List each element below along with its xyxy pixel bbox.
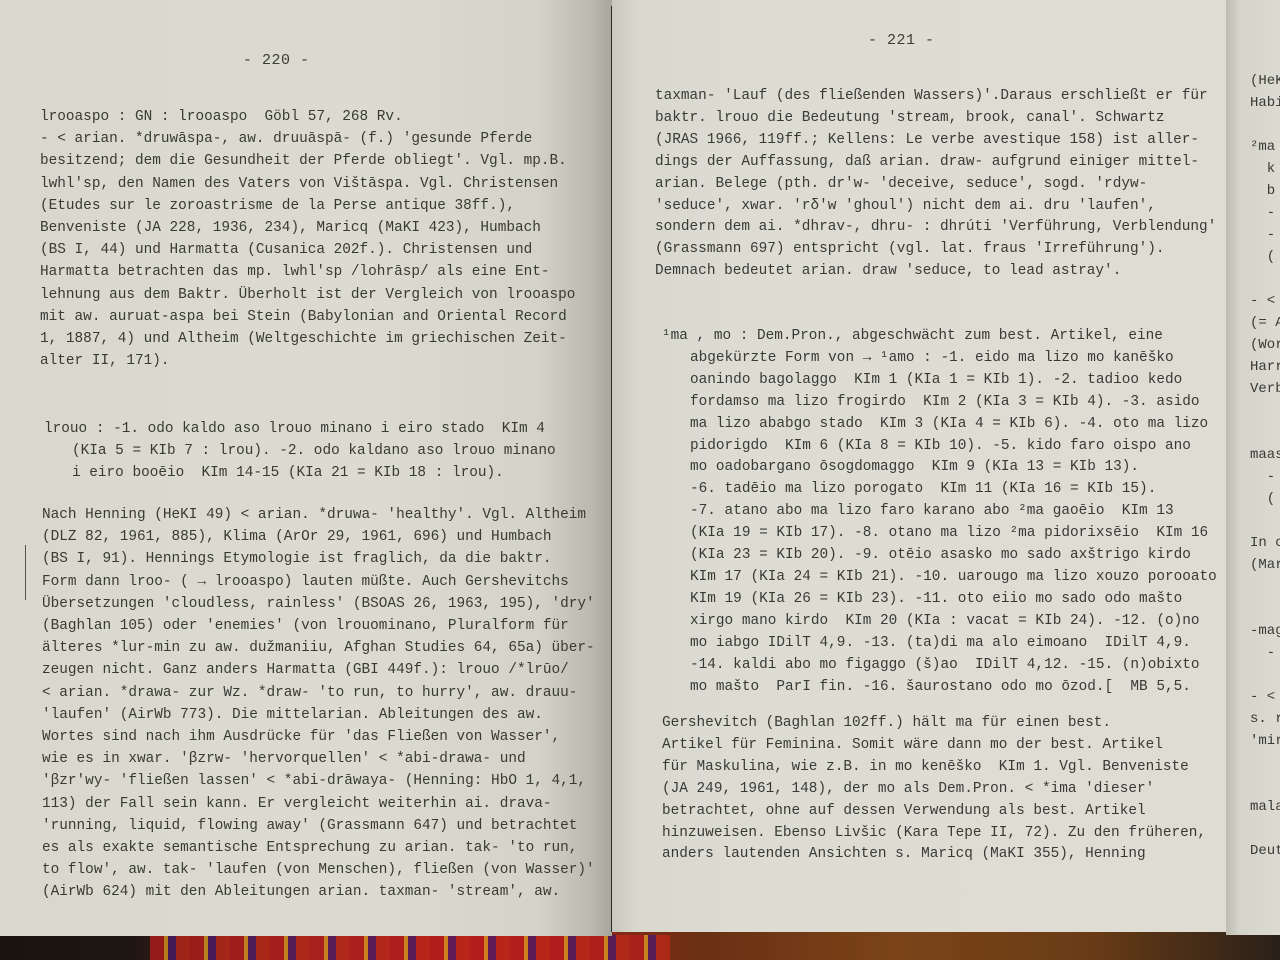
entry-lrooaspo: lrooaspo : GN : lrooaspo Göbl 57, 268 Rv… [40, 106, 575, 372]
text-line: KIm 17 (KIa 24 = KIb 21). -10. uarougo m… [662, 567, 1217, 589]
text-line: 'running, liquid, flowing away' (Grassma… [42, 815, 595, 837]
text-line: pidorigdo KIm 6 (KIa 8 = KIb 10). -5. ki… [662, 436, 1217, 458]
text-line: baktr. lrouo die Bedeutung 'stream, broo… [655, 108, 1216, 130]
entry-ma-mo-commentary: Gershevitch (Baghlan 102ff.) hält ma für… [662, 713, 1206, 866]
text-line: betrachtet, ohne auf dessen Verwendung a… [662, 801, 1206, 823]
text-line: alter II, 171). [40, 350, 575, 372]
text-line: 'seduce', xwar. 'rδ'w 'ghoul') nicht dem… [655, 196, 1216, 218]
page-number-left: - 220 - [243, 52, 310, 69]
text-line: -14. kaldi abo mo figaggo (š)ao IDilT 4,… [662, 655, 1217, 677]
text-line: 1, 1887, 4) und Altheim (Weltgeschichte … [40, 328, 575, 350]
text-line: hinzuweisen. Ebenso Livšic (Kara Tepe II… [662, 823, 1206, 845]
text-line: wie es in xwar. 'βzrw- 'hervorquellen' <… [42, 748, 595, 770]
text-line: 'βzr'wy- 'fließen lassen' < *abi-drāwaya… [42, 770, 595, 792]
text-line: arian. Belege (pth. dr'w- 'deceive, sedu… [655, 174, 1216, 196]
text-line: 'laufen' (AirWb 773). Die mittelarian. A… [42, 704, 595, 726]
text-line: (Etudes sur le zoroastrisme de la Perse … [40, 195, 575, 217]
text-line: lrouo : -1. odo kaldo aso lrouo minano i… [44, 418, 556, 440]
text-line: für Maskulina, wie z.B. in mo kenēško KI… [662, 757, 1206, 779]
text-line: mit aw. auruat-aspa bei Stein (Babylonia… [40, 306, 575, 328]
text-line: es als exakte semantische Entsprechung z… [42, 837, 595, 859]
text-line: (BS I, 44) und Harmatta (Cusanica 202f.)… [40, 239, 575, 261]
text-line: besitzend; dem die Gesundheit der Pferde… [40, 150, 575, 172]
margin-annotation-mark [25, 545, 26, 600]
text-line: sondern dem ai. *dhrav-, dhru- : dhrúti … [655, 217, 1216, 239]
text-line: 113) der Fall sein kann. Er vergleicht w… [42, 793, 595, 815]
text-line: (JA 249, 1961, 148), der mo als Dem.Pron… [662, 779, 1206, 801]
text-line: Artikel für Feminina. Somit wäre dann mo… [662, 735, 1206, 757]
textile-background [150, 935, 670, 960]
entry-ma-mo: ¹ma , mo : Dem.Pron., abgeschwächt zum b… [662, 326, 1217, 698]
text-line: lrooaspo : GN : lrooaspo Göbl 57, 268 Rv… [40, 106, 575, 128]
text-line: ma lizo ababgo stado KIm 3 (KIa 4 = KIb … [662, 414, 1217, 436]
text-line: lehnung aus dem Baktr. Überholt ist der … [40, 284, 575, 306]
text-line: (KIa 5 = KIb 7 : lrou). -2. odo kaldano … [44, 440, 556, 462]
text-line: < arian. *drawa- zur Wz. *draw- 'to run,… [42, 682, 595, 704]
text-line: taxman- 'Lauf (des fließenden Wassers)'.… [655, 86, 1216, 108]
entry-taxman-continuation: taxman- 'Lauf (des fließenden Wassers)'.… [655, 86, 1216, 283]
next-page-fragment-text: (HeK Habi ²ma k b - - ( - < (= A (Wor Ha… [1250, 70, 1280, 862]
text-line: (Grassmann 697) entspricht (vgl. lat. fr… [655, 239, 1216, 261]
text-line: älteres *lur-min zu aw. dužmaniiu, Afgha… [42, 637, 595, 659]
text-line: abgekürzte Form von → ¹amo : -1. eido ma… [662, 348, 1217, 370]
text-line: anders lautenden Ansichten s. Maricq (Ma… [662, 844, 1206, 866]
text-line: to flow', aw. tak- 'laufen (von Menschen… [42, 859, 595, 881]
text-line: (JRAS 1966, 119ff.; Kellens: Le verbe av… [655, 130, 1216, 152]
left-page: - 220 - lrooaspo : GN : lrooaspo Göbl 57… [0, 0, 612, 936]
text-line: (Baghlan 105) oder 'enemies' (von lrouom… [42, 615, 595, 637]
text-line: (DLZ 82, 1961, 885), Klima (ArOr 29, 196… [42, 526, 595, 548]
text-line: -7. atano abo ma lizo faro karano abo ²m… [662, 501, 1217, 523]
text-line: oanindo bagolaggo KIm 1 (KIa 1 = KIb 1).… [662, 370, 1217, 392]
page-number-right: - 221 - [868, 32, 935, 49]
text-line: (AirWb 624) mit den Ableitungen arian. t… [42, 881, 595, 903]
text-line: KIm 19 (KIa 26 = KIb 23). -11. oto eiio … [662, 589, 1217, 611]
text-line: Harmatta betrachten das mp. lwhl'sp /loh… [40, 261, 575, 283]
text-line: Gershevitch (Baghlan 102ff.) hält ma für… [662, 713, 1206, 735]
text-line: mo iabgo IDilT 4,9. -13. (ta)di ma alo e… [662, 633, 1217, 655]
text-line: dings der Auffassung, daß arian. draw- a… [655, 152, 1216, 174]
text-line: lwhl'sp, den Namen des Vaters von Vištās… [40, 173, 575, 195]
text-line: (KIa 23 = KIb 20). -9. otēio asasko mo s… [662, 545, 1217, 567]
entry-lrouo: lrouo : -1. odo kaldo aso lrouo minano i… [44, 418, 556, 485]
text-line: zeugen nicht. Ganz anders Harmatta (GBI … [42, 659, 595, 681]
text-line: i eiro booēio KIm 14-15 (KIa 21 = KIb 18… [44, 462, 556, 484]
text-line: ¹ma , mo : Dem.Pron., abgeschwächt zum b… [662, 326, 1217, 348]
text-line: Benveniste (JA 228, 1936, 234), Maricq (… [40, 217, 575, 239]
text-line: - < arian. *druwāspa-, aw. druuāspā- (f.… [40, 128, 575, 150]
text-line: xirgo mano kirdo KIm 20 (KIa : vacat = K… [662, 611, 1217, 633]
text-line: mo oadobargano ōsogdomaggo KIm 9 (KIa 13… [662, 457, 1217, 479]
text-line: Demnach bedeutet arian. draw 'seduce, to… [655, 261, 1216, 283]
text-line: Form dann lroo- ( → lrooaspo) lauten müß… [42, 571, 595, 593]
next-page-edge: (HeK Habi ²ma k b - - ( - < (= A (Wor Ha… [1226, 0, 1280, 935]
text-line: -6. tadēio ma lizo porogato KIm 11 (KIa … [662, 479, 1217, 501]
text-line: Nach Henning (HeKI 49) < arian. *druwa- … [42, 504, 595, 526]
text-line: (BS I, 91). Hennings Etymologie ist frag… [42, 548, 595, 570]
entry-lrouo-commentary: Nach Henning (HeKI 49) < arian. *druwa- … [42, 504, 595, 904]
text-line: Übersetzungen 'cloudless, rainless' (BSO… [42, 593, 595, 615]
text-line: mo mašto ParI fin. -16. šaurostano odo m… [662, 677, 1217, 699]
right-page: - 221 - taxman- 'Lauf (des fließenden Wa… [612, 0, 1232, 932]
text-line: fordamso ma lizo frogirdo KIm 2 (KIa 3 =… [662, 392, 1217, 414]
text-line: Wortes sind nach ihm Ausdrücke für 'das … [42, 726, 595, 748]
text-line: (KIa 19 = KIb 17). -8. otano ma lizo ²ma… [662, 523, 1217, 545]
